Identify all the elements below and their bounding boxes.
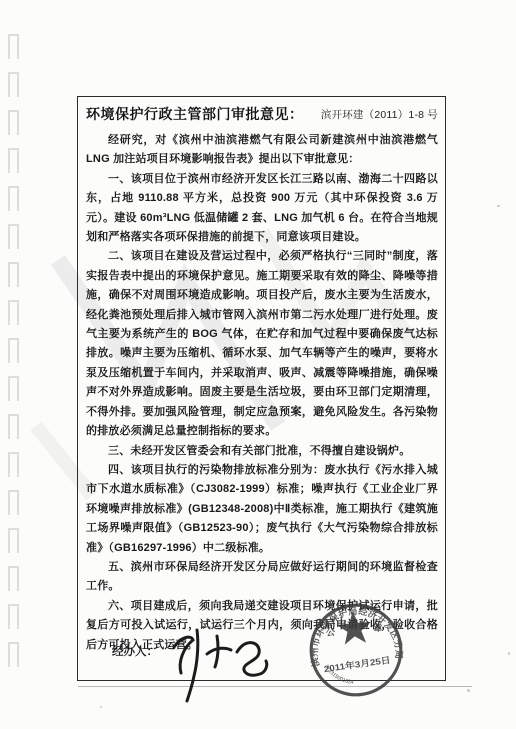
binding-hole-mark — [8, 34, 19, 59]
paragraph: 四、该项目执行的污染物排放标准分别为：废水执行《污水排入城市下水道水质标准》（C… — [86, 461, 438, 558]
binding-hole-mark — [8, 414, 19, 439]
paragraph: 二、该项目在建设及营运过程中，必须严格执行“三同时”制度，落实报告表中提出的环境… — [86, 247, 438, 441]
binding-hole-mark — [8, 110, 19, 135]
binding-hole-mark — [8, 490, 19, 515]
binding-hole-mark — [8, 452, 19, 477]
binding-hole-mark — [8, 186, 19, 211]
binding-hole-mark — [8, 528, 19, 553]
scan-speck — [467, 689, 470, 692]
binding-hole-mark — [8, 604, 19, 629]
binding-hole-mark — [8, 338, 19, 363]
handwritten-signature — [160, 623, 278, 703]
scan-speck — [497, 205, 500, 207]
handler-label: 经办人： — [112, 643, 158, 659]
paragraph: 三、未经开发区管委会和有关部门批准，不得擅自建设锅炉。 — [86, 442, 438, 461]
signature-row: 经办人： — [112, 623, 278, 703]
stamp-left-char: 公 — [326, 627, 337, 638]
stamp-right-char: 章 — [373, 622, 383, 634]
binding-hole-mark — [8, 566, 19, 591]
paragraph: 五、滨州市环保局经济开发区分局应做好运行期间的环境监督检查工作。 — [86, 558, 438, 597]
official-stamp: 滨州市环境保护局经济开发区分局 公 章 2011年3月25日 372315001… — [303, 597, 409, 703]
section-title: 环境保护行政主管部门审批意见： — [86, 104, 304, 124]
paragraph: 经研究，对《滨州中油滨港燃气有限公司新建滨州中油滨港燃气 LNG 加注站项目环境… — [86, 131, 438, 170]
header-row: 环境保护行政主管部门审批意见： 滨开环建（2011）1-8 号 — [86, 104, 438, 124]
scan-speck — [100, 706, 102, 708]
scanned-document-page: 环境保护行政主管部门审批意见： 滨开环建（2011）1-8 号 经研究，对《滨州… — [0, 0, 516, 729]
approval-opinion-box: 环境保护行政主管部门审批意见： 滨开环建（2011）1-8 号 经研究，对《滨州… — [77, 96, 446, 681]
document-number: 滨开环建（2011）1-8 号 — [321, 107, 438, 122]
scan-speck — [508, 652, 510, 655]
binding-hole-mark — [8, 376, 19, 401]
paragraphs: 经研究，对《滨州中油滨港燃气有限公司新建滨州中油滨港燃气 LNG 加注站项目环境… — [86, 131, 438, 655]
binding-hole-mark — [8, 300, 19, 325]
binding-hole-mark — [8, 262, 19, 287]
binding-hole-mark — [8, 148, 19, 173]
binding-hole-mark — [8, 642, 19, 667]
binding-hole-mark — [8, 224, 19, 249]
binding-hole-mark — [8, 72, 19, 97]
paragraph: 一、该项目位于滨州市经济开发区长江三路以南、渤海二十四路以东，占地 9110.8… — [86, 170, 438, 248]
